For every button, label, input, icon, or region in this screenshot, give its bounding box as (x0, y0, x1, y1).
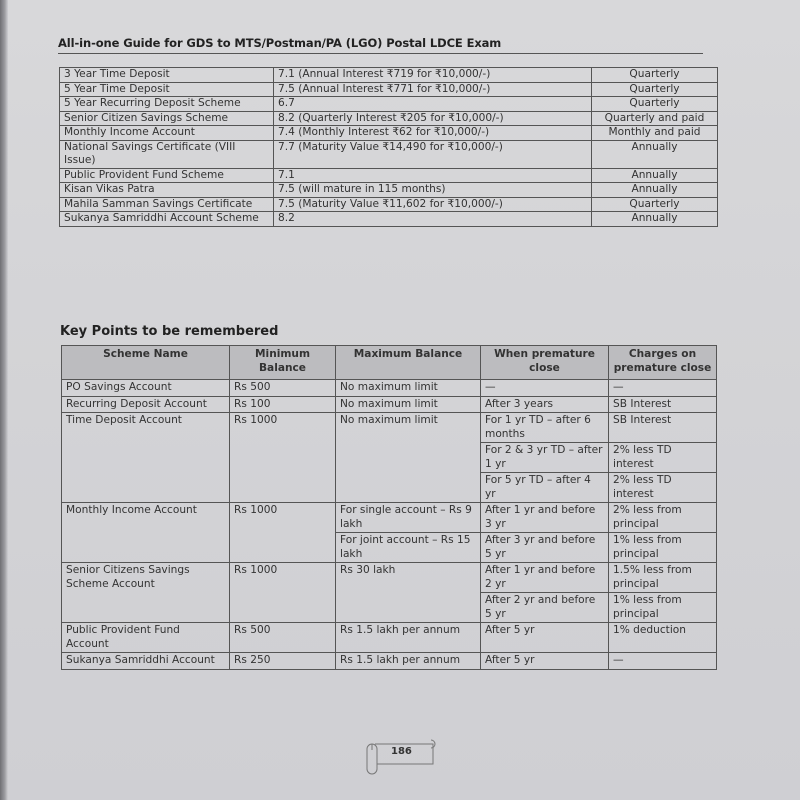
premature-close-cell: For 5 yr TD – after 4 yr (481, 473, 609, 503)
scheme-name-cell: National Savings Certificate (VIII Issue… (60, 140, 274, 168)
header-maximum-balance: Maximum Balance (336, 346, 481, 380)
minimum-balance-cell: Rs 250 (230, 653, 336, 670)
header-charges-premature-close: Charges on premature close (609, 346, 717, 380)
frequency-cell: Annually (592, 212, 718, 227)
minimum-balance-cell: Rs 1000 (230, 503, 336, 563)
rate-row: 5 Year Time Deposit7.5 (Annual Interest … (60, 82, 718, 97)
premature-close-cell: After 3 yr and before 5 yr (481, 533, 609, 563)
scheme-name-cell: Senior Citizens Savings Scheme Account (62, 563, 230, 623)
rate-cell: 7.5 (Annual Interest ₹771 for ₹10,000/-) (274, 82, 592, 97)
key-points-table: Scheme Name Minimum Balance Maximum Bala… (61, 345, 717, 670)
rate-row: National Savings Certificate (VIII Issue… (60, 140, 718, 168)
frequency-cell: Quarterly and paid (592, 111, 718, 126)
maximum-balance-cell: Rs 1.5 lakh per annum (336, 653, 481, 670)
frequency-cell: Quarterly (592, 82, 718, 97)
scheme-name-cell: Senior Citizen Savings Scheme (60, 111, 274, 126)
charges-cell: SB Interest (609, 396, 717, 413)
charges-cell: 1% deduction (609, 623, 717, 653)
key-point-row: Time Deposit AccountRs 1000No maximum li… (62, 413, 717, 443)
charges-cell: 2% less TD interest (609, 443, 717, 473)
scheme-name-cell: Sukanya Samriddhi Account Scheme (60, 212, 274, 227)
scheme-name-cell: 3 Year Time Deposit (60, 68, 274, 83)
page-number: 186 (391, 746, 412, 757)
premature-close-cell: After 1 yr and before 2 yr (481, 563, 609, 593)
page-number-badge: 186 (363, 736, 443, 770)
rate-row: 5 Year Recurring Deposit Scheme6.7Quarte… (60, 97, 718, 112)
minimum-balance-cell: Rs 1000 (230, 413, 336, 503)
section-title: Key Points to be remembered (60, 324, 278, 339)
rate-row: Sukanya Samriddhi Account Scheme8.2Annua… (60, 212, 718, 227)
rate-cell: 7.5 (Maturity Value ₹11,602 for ₹10,000/… (274, 197, 592, 212)
scheme-name-cell: Recurring Deposit Account (62, 396, 230, 413)
rate-row: Mahila Samman Savings Certificate7.5 (Ma… (60, 197, 718, 212)
scheme-name-cell: Mahila Samman Savings Certificate (60, 197, 274, 212)
scheme-name-cell: PO Savings Account (62, 380, 230, 397)
rate-cell: 6.7 (274, 97, 592, 112)
header-scheme-name: Scheme Name (62, 346, 230, 380)
rate-cell: 7.1 (Annual Interest ₹719 for ₹10,000/-) (274, 68, 592, 83)
rate-row: Monthly Income Account7.4 (Monthly Inter… (60, 126, 718, 141)
scheme-name-cell: Kisan Vikas Patra (60, 183, 274, 198)
scheme-name-cell: Public Provident Fund Account (62, 623, 230, 653)
charges-cell: 2% less TD interest (609, 473, 717, 503)
running-head: All-in-one Guide for GDS to MTS/Postman/… (58, 36, 703, 54)
rate-cell: 7.7 (Maturity Value ₹14,490 for ₹10,000/… (274, 140, 592, 168)
scheme-name-cell: Monthly Income Account (62, 503, 230, 563)
minimum-balance-cell: Rs 1000 (230, 563, 336, 623)
scheme-name-cell: Public Provident Fund Scheme (60, 168, 274, 183)
rate-cell: 8.2 (274, 212, 592, 227)
premature-close-cell: After 1 yr and before 3 yr (481, 503, 609, 533)
rate-row: Public Provident Fund Scheme7.1Annually (60, 168, 718, 183)
minimum-balance-cell: Rs 100 (230, 396, 336, 413)
key-point-row: Public Provident Fund AccountRs 500Rs 1.… (62, 623, 717, 653)
maximum-balance-cell: For joint account – Rs 15 lakh (336, 533, 481, 563)
rate-row: 3 Year Time Deposit7.1 (Annual Interest … (60, 68, 718, 83)
charges-cell: — (609, 653, 717, 670)
key-point-row: Monthly Income AccountRs 1000For single … (62, 503, 717, 533)
rate-cell: 7.4 (Monthly Interest ₹62 for ₹10,000/-) (274, 126, 592, 141)
frequency-cell: Annually (592, 140, 718, 168)
maximum-balance-cell: Rs 30 lakh (336, 563, 481, 623)
maximum-balance-cell: No maximum limit (336, 413, 481, 503)
rate-row: Senior Citizen Savings Scheme8.2 (Quarte… (60, 111, 718, 126)
charges-cell: — (609, 380, 717, 397)
frequency-cell: Quarterly (592, 97, 718, 112)
maximum-balance-cell: Rs 1.5 lakh per annum (336, 623, 481, 653)
premature-close-cell: After 3 years (481, 396, 609, 413)
premature-close-cell: For 2 & 3 yr TD – after 1 yr (481, 443, 609, 473)
charges-cell: 1.5% less from principal (609, 563, 717, 593)
premature-close-cell: After 5 yr (481, 653, 609, 670)
maximum-balance-cell: No maximum limit (336, 380, 481, 397)
charges-cell: 1% less from principal (609, 593, 717, 623)
book-spine-shadow (0, 0, 8, 800)
premature-close-cell: For 1 yr TD – after 6 months (481, 413, 609, 443)
scheme-name-cell: Sukanya Samriddhi Account (62, 653, 230, 670)
rate-cell: 7.5 (will mature in 115 months) (274, 183, 592, 198)
scheme-name-cell: 5 Year Time Deposit (60, 82, 274, 97)
charges-cell: SB Interest (609, 413, 717, 443)
frequency-cell: Annually (592, 168, 718, 183)
frequency-cell: Monthly and paid (592, 126, 718, 141)
interest-rates-table: 3 Year Time Deposit7.1 (Annual Interest … (59, 67, 718, 227)
rate-cell: 7.1 (274, 168, 592, 183)
rate-row: Kisan Vikas Patra7.5 (will mature in 115… (60, 183, 718, 198)
header-minimum-balance: Minimum Balance (230, 346, 336, 380)
minimum-balance-cell: Rs 500 (230, 380, 336, 397)
scheme-name-cell: Monthly Income Account (60, 126, 274, 141)
key-point-row: Senior Citizens Savings Scheme AccountRs… (62, 563, 717, 593)
frequency-cell: Quarterly (592, 68, 718, 83)
key-point-row: PO Savings AccountRs 500No maximum limit… (62, 380, 717, 397)
rate-cell: 8.2 (Quarterly Interest ₹205 for ₹10,000… (274, 111, 592, 126)
header-when-premature-close: When premature close (481, 346, 609, 380)
premature-close-cell: After 2 yr and before 5 yr (481, 593, 609, 623)
maximum-balance-cell: For single account – Rs 9 lakh (336, 503, 481, 533)
frequency-cell: Quarterly (592, 197, 718, 212)
key-point-row: Sukanya Samriddhi AccountRs 250Rs 1.5 la… (62, 653, 717, 670)
frequency-cell: Annually (592, 183, 718, 198)
scheme-name-cell: Time Deposit Account (62, 413, 230, 503)
maximum-balance-cell: No maximum limit (336, 396, 481, 413)
premature-close-cell: After 5 yr (481, 623, 609, 653)
minimum-balance-cell: Rs 500 (230, 623, 336, 653)
header-row: Scheme Name Minimum Balance Maximum Bala… (62, 346, 717, 380)
premature-close-cell: — (481, 380, 609, 397)
key-point-row: Recurring Deposit AccountRs 100No maximu… (62, 396, 717, 413)
charges-cell: 1% less from principal (609, 533, 717, 563)
charges-cell: 2% less from principal (609, 503, 717, 533)
scheme-name-cell: 5 Year Recurring Deposit Scheme (60, 97, 274, 112)
